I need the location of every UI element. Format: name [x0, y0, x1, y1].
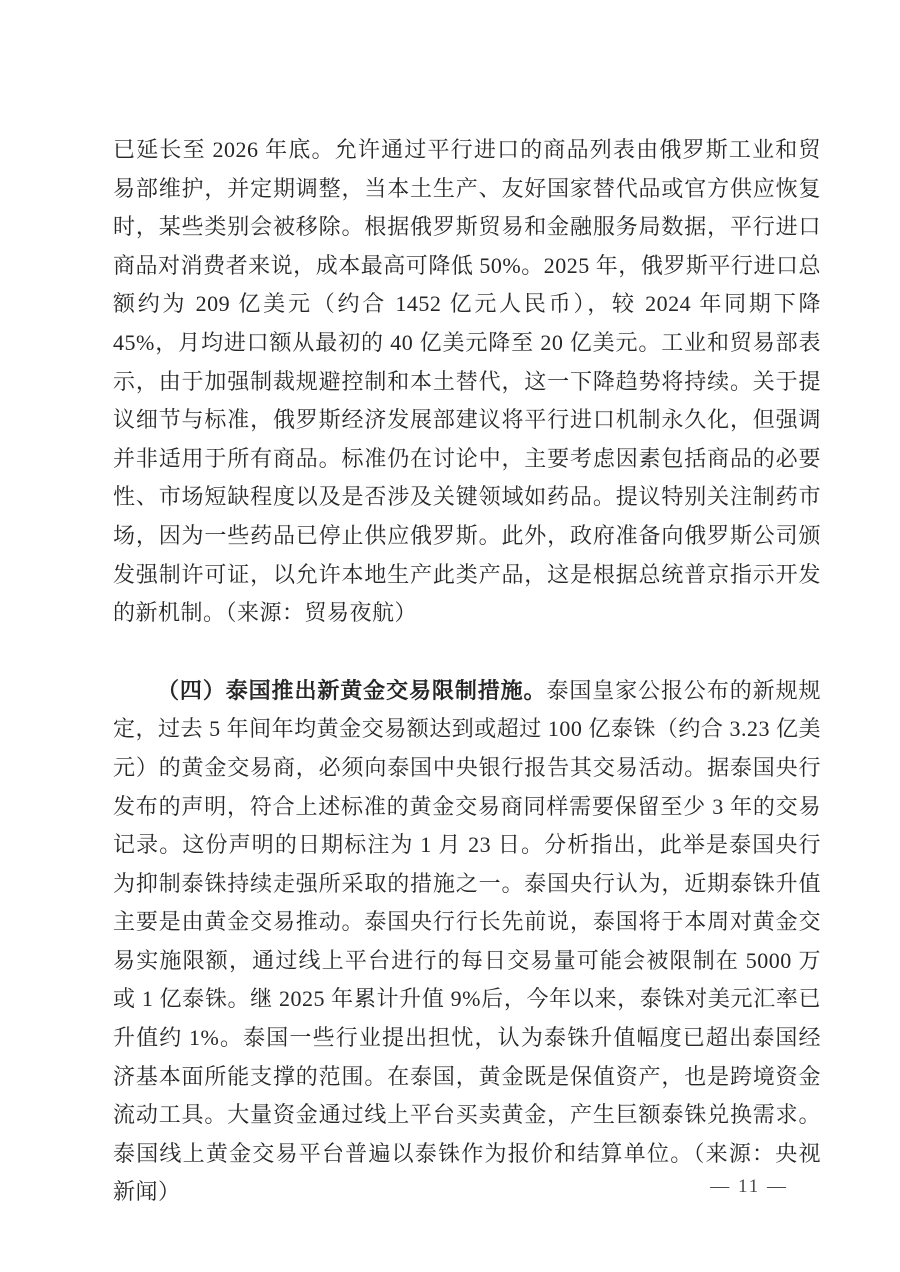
page-content: 已延长至 2026 年底。允许通过平行进口的商品列表由俄罗斯工业和贸易部维护，并… [113, 131, 821, 1212]
paragraph-heading: （四）泰国推出新黄金交易限制措施。 [157, 678, 546, 703]
page-number: — 11 — [710, 1176, 788, 1198]
document-page: 已延长至 2026 年底。允许通过平行进口的商品列表由俄罗斯工业和贸易部维护，并… [0, 0, 900, 1272]
paragraph-thailand-gold-limits: （四）泰国推出新黄金交易限制措施。泰国皇家公报公布的新规规定，过去 5 年间年均… [113, 672, 821, 1212]
paragraph-body: 泰国皇家公报公布的新规规定，过去 5 年间年均黄金交易额达到或超过 100 亿泰… [113, 678, 821, 1205]
paragraph-russia-parallel-imports: 已延长至 2026 年底。允许通过平行进口的商品列表由俄罗斯工业和贸易部维护，并… [113, 131, 821, 633]
